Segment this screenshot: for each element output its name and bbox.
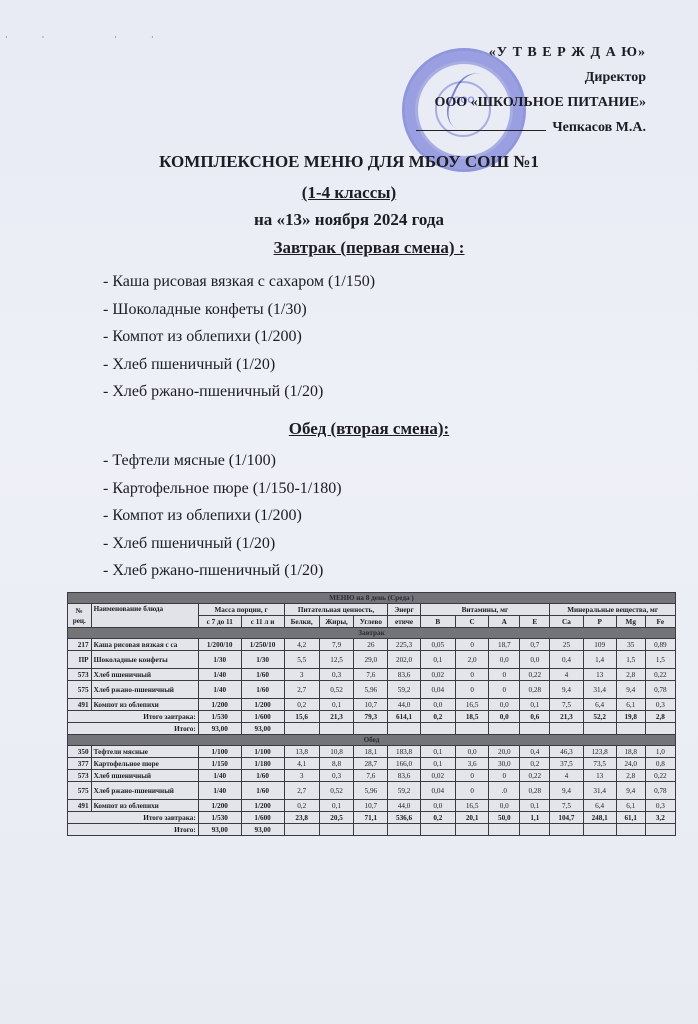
total-cell: 0,2 bbox=[420, 711, 455, 723]
table-cell: 6,1 bbox=[616, 800, 645, 812]
table-cell: 0,1 bbox=[319, 800, 353, 812]
table-cell: 0,02 bbox=[420, 770, 455, 782]
section-band: Обед bbox=[68, 735, 676, 746]
table-cell: 0,7 bbox=[520, 639, 550, 651]
empty-cell bbox=[489, 824, 520, 836]
empty-cell bbox=[456, 824, 489, 836]
table-cell: 0,78 bbox=[645, 681, 675, 699]
total-cell: 1/600 bbox=[241, 711, 284, 723]
table-cell: 1/30 bbox=[198, 651, 241, 669]
table-cell: 5,96 bbox=[354, 681, 388, 699]
table-cell: 7,9 bbox=[319, 639, 353, 651]
table-cell: 0,04 bbox=[420, 681, 455, 699]
table-cell: 0 bbox=[456, 782, 489, 800]
table-cell: 1,0 bbox=[645, 746, 675, 758]
table-cell: 0,02 bbox=[420, 669, 455, 681]
dish-name: Хлеб пшеничный bbox=[91, 770, 198, 782]
table-cell: 0 bbox=[489, 669, 520, 681]
col-mg: Mg bbox=[616, 616, 645, 628]
table-cell: 12,5 bbox=[319, 651, 353, 669]
table-row: 575Хлеб ржано-пшеничный1/401/602,70,525,… bbox=[68, 782, 676, 800]
table-cell: 31,4 bbox=[583, 681, 616, 699]
col-protein: Белки, bbox=[284, 616, 319, 628]
table-cell: 13 bbox=[583, 669, 616, 681]
empty-cell bbox=[284, 824, 319, 836]
total-cell: 52,2 bbox=[583, 711, 616, 723]
table-cell: 1/180 bbox=[241, 758, 284, 770]
empty-cell bbox=[456, 723, 489, 735]
empty-cell bbox=[420, 723, 455, 735]
table-cell: 2,7 bbox=[284, 681, 319, 699]
table-row: 217Каша рисовая вязкая с са1/200/101/250… bbox=[68, 639, 676, 651]
table-cell: 46,3 bbox=[550, 746, 583, 758]
table-cell: 0,0 bbox=[456, 746, 489, 758]
table-cell: 18,1 bbox=[354, 746, 388, 758]
total-cell: 50,0 bbox=[489, 812, 520, 824]
table-cell: 0,2 bbox=[284, 699, 319, 711]
recipe-number: 573 bbox=[68, 669, 92, 681]
empty-cell bbox=[489, 723, 520, 735]
approval-position: Директор bbox=[416, 65, 646, 90]
table-cell: 2,0 bbox=[456, 651, 489, 669]
list-item: - Шоколадные конфеты (1/30) bbox=[103, 296, 375, 324]
table-cell: 13 bbox=[583, 770, 616, 782]
table-cell: 8,8 bbox=[319, 758, 353, 770]
table-cell: 24,0 bbox=[616, 758, 645, 770]
table-cell: 1/200 bbox=[241, 800, 284, 812]
table-cell: 0,0 bbox=[489, 651, 520, 669]
col-nutrition: Питательная ценность, bbox=[284, 604, 388, 616]
table-cell: 6,4 bbox=[583, 800, 616, 812]
table-cell: 1/40 bbox=[198, 782, 241, 800]
list-item: - Хлеб пшеничный (1/20) bbox=[103, 530, 342, 558]
table-cell: 10,8 bbox=[319, 746, 353, 758]
table-cell: 7,6 bbox=[354, 669, 388, 681]
dish-name: Компот из облепихи bbox=[91, 699, 198, 711]
table-cell: 2,7 bbox=[284, 782, 319, 800]
total-cell: 71,1 bbox=[354, 812, 388, 824]
table-cell: 9,4 bbox=[616, 782, 645, 800]
empty-cell bbox=[645, 723, 675, 735]
table-caption: МЕНЮ на 8 день (Среда ) bbox=[68, 593, 676, 604]
table-cell: 0,3 bbox=[645, 800, 675, 812]
total-cell: 0,0 bbox=[489, 711, 520, 723]
table-cell: 1/60 bbox=[241, 669, 284, 681]
breakfast-heading: Завтрак (первая смена) : bbox=[20, 238, 698, 258]
table-cell: 1/40 bbox=[198, 669, 241, 681]
empty-cell bbox=[616, 723, 645, 735]
table-row: 575Хлеб ржано-пшеничный1/401/602,70,525,… bbox=[68, 681, 676, 699]
recipe-number: 575 bbox=[68, 681, 92, 699]
empty-cell bbox=[319, 824, 353, 836]
col-portion: Масса порции, г bbox=[198, 604, 284, 616]
grand-total-label: Итого: bbox=[68, 824, 199, 836]
grand-total-cell: 93,00 bbox=[241, 824, 284, 836]
table-cell: 0,0 bbox=[420, 699, 455, 711]
table-cell: 16,5 bbox=[456, 699, 489, 711]
table-cell: 0 bbox=[456, 681, 489, 699]
table-row: 377Картофельное пюре1/1501/1804,18,828,7… bbox=[68, 758, 676, 770]
list-item: - Хлеб ржано-пшеничный (1/20) bbox=[103, 557, 342, 585]
lunch-list: - Тефтели мясные (1/100) - Картофельное … bbox=[103, 447, 342, 585]
table-cell: 10,7 bbox=[354, 699, 388, 711]
approval-heading: «У Т В Е Р Ж Д А Ю» bbox=[416, 40, 646, 65]
table-cell: 0,0 bbox=[489, 800, 520, 812]
table-row: ПРШоколадные конфеты1/301/305,512,529,02… bbox=[68, 651, 676, 669]
table-cell: .0 bbox=[489, 782, 520, 800]
approval-organization: ООО «ШКОЛЬНОЕ ПИТАНИЕ» bbox=[416, 90, 646, 115]
table-cell: 0,22 bbox=[645, 770, 675, 782]
total-label: Итого завтрака: bbox=[68, 711, 199, 723]
total-cell: 104,7 bbox=[550, 812, 583, 824]
total-cell: 18,5 bbox=[456, 711, 489, 723]
table-cell: 44,0 bbox=[388, 800, 420, 812]
empty-cell bbox=[354, 824, 388, 836]
signature-line bbox=[416, 116, 546, 131]
table-cell: 37,5 bbox=[550, 758, 583, 770]
table-cell: 1/200 bbox=[198, 800, 241, 812]
recipe-number: 377 bbox=[68, 758, 92, 770]
total-cell: 0,2 bbox=[420, 812, 455, 824]
table-cell: 1/100 bbox=[198, 746, 241, 758]
table-cell: 31,4 bbox=[583, 782, 616, 800]
approval-signatory: Чепкасов М.А. bbox=[552, 120, 646, 135]
table-cell: 0 bbox=[456, 770, 489, 782]
table-cell: 1,5 bbox=[645, 651, 675, 669]
table-cell: 16,5 bbox=[456, 800, 489, 812]
table-cell: 109 bbox=[583, 639, 616, 651]
table-cell: 59,2 bbox=[388, 681, 420, 699]
col-vit-b: B bbox=[420, 616, 455, 628]
empty-cell bbox=[550, 824, 583, 836]
col-vit-c: C bbox=[456, 616, 489, 628]
col-fat: Жиры, bbox=[319, 616, 353, 628]
table-cell: 7,6 bbox=[354, 770, 388, 782]
col-carbs: Углево bbox=[354, 616, 388, 628]
total-cell: 2,8 bbox=[645, 711, 675, 723]
table-cell: 183,8 bbox=[388, 746, 420, 758]
col-energy: Энерг bbox=[388, 604, 420, 616]
table-cell: 1/40 bbox=[198, 770, 241, 782]
total-cell: 1,1 bbox=[520, 812, 550, 824]
table-row: 350Тефтели мясные1/1001/10013,810,818,11… bbox=[68, 746, 676, 758]
table-cell: 0 bbox=[489, 770, 520, 782]
table-cell: 166,0 bbox=[388, 758, 420, 770]
dish-name: Хлеб ржано-пшеничный bbox=[91, 782, 198, 800]
recipe-number: 575 bbox=[68, 782, 92, 800]
table-cell: 1/30 bbox=[241, 651, 284, 669]
table-cell: 1/150 bbox=[198, 758, 241, 770]
table-cell: 0,1 bbox=[420, 758, 455, 770]
total-cell: 79,3 bbox=[354, 711, 388, 723]
empty-cell bbox=[420, 824, 455, 836]
total-cell: 21,3 bbox=[550, 711, 583, 723]
table-cell: 9,4 bbox=[550, 681, 583, 699]
table-cell: 18,7 bbox=[489, 639, 520, 651]
table-cell: 1/60 bbox=[241, 681, 284, 699]
grand-total-cell: 93,00 bbox=[198, 723, 241, 735]
recipe-number: 350 bbox=[68, 746, 92, 758]
table-cell: 0,0 bbox=[420, 800, 455, 812]
table-cell: 2,8 bbox=[616, 770, 645, 782]
col-fe: Fe bbox=[645, 616, 675, 628]
table-cell: 1/200 bbox=[198, 699, 241, 711]
total-cell: 20,5 bbox=[319, 812, 353, 824]
table-cell: 0 bbox=[456, 639, 489, 651]
dish-name: Каша рисовая вязкая с са bbox=[91, 639, 198, 651]
table-cell: 0,2 bbox=[520, 758, 550, 770]
recipe-number: ПР bbox=[68, 651, 92, 669]
empty-cell bbox=[319, 723, 353, 735]
col-p: P bbox=[583, 616, 616, 628]
total-row: Итого завтрака:1/5301/60023,820,571,1536… bbox=[68, 812, 676, 824]
table-cell: 0,52 bbox=[319, 681, 353, 699]
table-cell: 2,8 bbox=[616, 669, 645, 681]
table-cell: 0,1 bbox=[420, 746, 455, 758]
table-cell: 29,0 bbox=[354, 651, 388, 669]
breakfast-list: - Каша рисовая вязкая с сахаром (1/150) … bbox=[103, 268, 375, 406]
empty-cell bbox=[388, 824, 420, 836]
total-cell: 23,8 bbox=[284, 812, 319, 824]
table-cell: 18,8 bbox=[616, 746, 645, 758]
table-cell: 1/200/10 bbox=[198, 639, 241, 651]
empty-cell bbox=[354, 723, 388, 735]
empty-cell bbox=[284, 723, 319, 735]
paper-specks: ·· ·· bbox=[5, 33, 188, 42]
col-dish: Наименование блюда bbox=[91, 604, 198, 628]
table-cell: 6,1 bbox=[616, 699, 645, 711]
table-cell: 0,0 bbox=[520, 651, 550, 669]
total-cell: 1/530 bbox=[198, 711, 241, 723]
table-cell: 5,96 bbox=[354, 782, 388, 800]
table-cell: 4 bbox=[550, 669, 583, 681]
table-cell: 0,8 bbox=[645, 758, 675, 770]
total-cell: 1/600 bbox=[241, 812, 284, 824]
table-cell: 83,6 bbox=[388, 770, 420, 782]
total-label: Итого завтрака: bbox=[68, 812, 199, 824]
table-cell: 10,7 bbox=[354, 800, 388, 812]
grand-total-label: Итого: bbox=[68, 723, 199, 735]
table-cell: 123,8 bbox=[583, 746, 616, 758]
empty-cell bbox=[616, 824, 645, 836]
table-cell: 1/200 bbox=[241, 699, 284, 711]
table-row: 491Компот из облепихи1/2001/2000,20,110,… bbox=[68, 699, 676, 711]
table-cell: 9,4 bbox=[616, 681, 645, 699]
table-cell: 1/40 bbox=[198, 681, 241, 699]
grand-total-row: Итого:93,0093,00 bbox=[68, 824, 676, 836]
table-cell: 0,22 bbox=[645, 669, 675, 681]
empty-cell bbox=[388, 723, 420, 735]
list-item: - Хлеб ржано-пшеничный (1/20) bbox=[103, 378, 375, 406]
empty-cell bbox=[550, 723, 583, 735]
table-cell: 83,6 bbox=[388, 669, 420, 681]
table-cell: 73,5 bbox=[583, 758, 616, 770]
table-cell: 7,5 bbox=[550, 699, 583, 711]
table-cell: 0,1 bbox=[520, 699, 550, 711]
table-row: 573Хлеб пшеничный1/401/6030,37,683,60,02… bbox=[68, 770, 676, 782]
table-cell: 0,1 bbox=[420, 651, 455, 669]
table-cell: 0,4 bbox=[520, 746, 550, 758]
table-cell: 3,6 bbox=[456, 758, 489, 770]
table-cell: 0,0 bbox=[489, 699, 520, 711]
table-cell: 0,2 bbox=[284, 800, 319, 812]
empty-cell bbox=[520, 824, 550, 836]
col-energy-2: етиче bbox=[388, 616, 420, 628]
empty-cell bbox=[583, 723, 616, 735]
list-item: - Картофельное пюре (1/150-1/180) bbox=[103, 475, 342, 503]
table-cell: 13,8 bbox=[284, 746, 319, 758]
table-cell: 0,28 bbox=[520, 782, 550, 800]
total-cell: 19,8 bbox=[616, 711, 645, 723]
col-minerals: Минеральные вещества, мг bbox=[550, 604, 676, 616]
dish-name: Компот из облепихи bbox=[91, 800, 198, 812]
table-cell: 1/100 bbox=[241, 746, 284, 758]
table-cell: 1/60 bbox=[241, 782, 284, 800]
table-cell: 4,1 bbox=[284, 758, 319, 770]
grand-total-row: Итого:93,0093,00 bbox=[68, 723, 676, 735]
total-cell: 1/530 bbox=[198, 812, 241, 824]
table-cell: 9,4 bbox=[550, 782, 583, 800]
dish-name: Хлеб ржано-пшеничный bbox=[91, 681, 198, 699]
table-cell: 3 bbox=[284, 669, 319, 681]
total-cell: 20,1 bbox=[456, 812, 489, 824]
col-portion-b: с 11 л и bbox=[241, 616, 284, 628]
table-cell: 0,22 bbox=[520, 770, 550, 782]
col-ca: Ca bbox=[550, 616, 583, 628]
col-vit-e: E bbox=[520, 616, 550, 628]
table-cell: 59,2 bbox=[388, 782, 420, 800]
table-cell: 0,05 bbox=[420, 639, 455, 651]
table-cell: 1,5 bbox=[616, 651, 645, 669]
table-cell: 28,7 bbox=[354, 758, 388, 770]
table-cell: 26 bbox=[354, 639, 388, 651]
list-item: - Компот из облепихи (1/200) bbox=[103, 502, 342, 530]
list-item: - Каша рисовая вязкая с сахаром (1/150) bbox=[103, 268, 375, 296]
table-cell: 0,1 bbox=[319, 699, 353, 711]
table-cell: 30,0 bbox=[489, 758, 520, 770]
total-cell: 3,2 bbox=[645, 812, 675, 824]
table-cell: 3 bbox=[284, 770, 319, 782]
dish-name: Тефтели мясные bbox=[91, 746, 198, 758]
total-cell: 614,1 bbox=[388, 711, 420, 723]
dish-name: Картофельное пюре bbox=[91, 758, 198, 770]
nutrition-table: МЕНЮ на 8 день (Среда ) № рец. Наименова… bbox=[67, 592, 676, 836]
dish-name: Хлеб пшеничный bbox=[91, 669, 198, 681]
total-cell: 15,6 bbox=[284, 711, 319, 723]
grand-total-cell: 93,00 bbox=[198, 824, 241, 836]
total-cell: 21,3 bbox=[319, 711, 353, 723]
list-item: - Компот из облепихи (1/200) bbox=[103, 323, 375, 351]
table-cell: 25 bbox=[550, 639, 583, 651]
table-cell: 202,0 bbox=[388, 651, 420, 669]
table-cell: 0,22 bbox=[520, 669, 550, 681]
col-portion-a: с 7 до 11 bbox=[198, 616, 241, 628]
list-item: - Тефтели мясные (1/100) bbox=[103, 447, 342, 475]
recipe-number: 491 bbox=[68, 699, 92, 711]
table-cell: 0,78 bbox=[645, 782, 675, 800]
date-line: на «13» ноября 2024 года bbox=[0, 210, 698, 230]
table-cell: 5,5 bbox=[284, 651, 319, 669]
table-cell: 1/60 bbox=[241, 770, 284, 782]
table-cell: 0,1 bbox=[520, 800, 550, 812]
grades-subtitle: (1-4 классы) bbox=[0, 183, 698, 203]
document-page: ·· ·· ООО «У Т В Е Р Ж Д А Ю» Директор О… bbox=[0, 0, 698, 1024]
recipe-number: 491 bbox=[68, 800, 92, 812]
table-cell: 0,89 bbox=[645, 639, 675, 651]
table-cell: 0,04 bbox=[420, 782, 455, 800]
table-cell: 0 bbox=[489, 681, 520, 699]
table-cell: 1,4 bbox=[583, 651, 616, 669]
table-cell: 0,28 bbox=[520, 681, 550, 699]
col-rec-no: № рец. bbox=[68, 604, 92, 628]
total-cell: 248,1 bbox=[583, 812, 616, 824]
col-vit-a: A bbox=[489, 616, 520, 628]
recipe-number: 217 bbox=[68, 639, 92, 651]
table-cell: 0 bbox=[456, 669, 489, 681]
table-cell: 4 bbox=[550, 770, 583, 782]
empty-cell bbox=[645, 824, 675, 836]
total-cell: 61,1 bbox=[616, 812, 645, 824]
list-item: - Хлеб пшеничный (1/20) bbox=[103, 351, 375, 379]
total-cell: 0,6 bbox=[520, 711, 550, 723]
lunch-heading: Обед (вторая смена): bbox=[20, 419, 698, 439]
table-row: 491Компот из облепихи1/2001/2000,20,110,… bbox=[68, 800, 676, 812]
table-cell: 0,3 bbox=[645, 699, 675, 711]
table-cell: 35 bbox=[616, 639, 645, 651]
dish-name: Шоколадные конфеты bbox=[91, 651, 198, 669]
col-vitamins: Витамины, мг bbox=[420, 604, 550, 616]
table-cell: 0,4 bbox=[550, 651, 583, 669]
recipe-number: 573 bbox=[68, 770, 92, 782]
total-cell: 536,6 bbox=[388, 812, 420, 824]
table-cell: 4,2 bbox=[284, 639, 319, 651]
empty-cell bbox=[520, 723, 550, 735]
section-band: Завтрак bbox=[68, 628, 676, 639]
table-cell: 0,3 bbox=[319, 770, 353, 782]
table-cell: 44,0 bbox=[388, 699, 420, 711]
grand-total-cell: 93,00 bbox=[241, 723, 284, 735]
table-cell: 0,3 bbox=[319, 669, 353, 681]
empty-cell bbox=[583, 824, 616, 836]
total-row: Итого завтрака:1/5301/60015,621,379,3614… bbox=[68, 711, 676, 723]
table-cell: 20,0 bbox=[489, 746, 520, 758]
table-row: 573Хлеб пшеничный1/401/6030,37,683,60,02… bbox=[68, 669, 676, 681]
table-cell: 6,4 bbox=[583, 699, 616, 711]
table-cell: 1/250/10 bbox=[241, 639, 284, 651]
table-cell: 225,3 bbox=[388, 639, 420, 651]
document-title: КОМПЛЕКСНОЕ МЕНЮ ДЛЯ МБОУ СОШ №1 bbox=[0, 152, 698, 172]
table-cell: 0,52 bbox=[319, 782, 353, 800]
table-cell: 7,5 bbox=[550, 800, 583, 812]
approval-block: «У Т В Е Р Ж Д А Ю» Директор ООО «ШКОЛЬН… bbox=[416, 40, 646, 140]
